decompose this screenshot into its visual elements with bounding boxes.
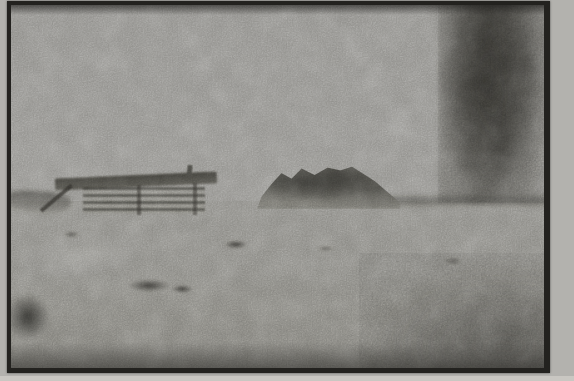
sky-region <box>11 5 544 368</box>
log-building <box>41 163 231 225</box>
ground-region <box>11 201 544 368</box>
horizon-line <box>383 193 548 208</box>
film-grain-fine-overlay <box>11 5 544 368</box>
film-grain-blotch-overlay <box>11 5 544 368</box>
grass-tuft <box>224 240 248 249</box>
page: { "photo": { "kind": "black-and-white ha… <box>0 0 574 381</box>
grass-tuft <box>63 231 79 238</box>
grass-tuft <box>443 257 463 265</box>
foreground-bush <box>7 293 51 341</box>
grass-tuft <box>316 245 334 252</box>
tree-foliage <box>438 1 550 203</box>
grass-tuft <box>171 285 193 293</box>
sod-dugout-mound <box>257 163 401 209</box>
log-building-wall <box>83 187 205 214</box>
photo-top-shadow <box>11 5 544 15</box>
grass-tuft <box>127 279 171 292</box>
light-ground-streak <box>17 224 152 286</box>
foliage-speckle-overlay <box>438 1 550 203</box>
log-building-post <box>193 183 197 215</box>
bottom-right-dark-patch <box>362 256 550 373</box>
photograph <box>7 1 550 373</box>
page-bottom-margin <box>0 376 574 381</box>
left-earth-bank <box>7 189 72 214</box>
log-building-roof-stub <box>186 165 192 178</box>
log-building-roof <box>55 171 217 190</box>
leaning-pole <box>40 184 73 213</box>
corner-speckle-overlay <box>359 253 544 368</box>
log-building-post <box>137 185 141 215</box>
photo-bottom-shadow <box>11 342 544 368</box>
